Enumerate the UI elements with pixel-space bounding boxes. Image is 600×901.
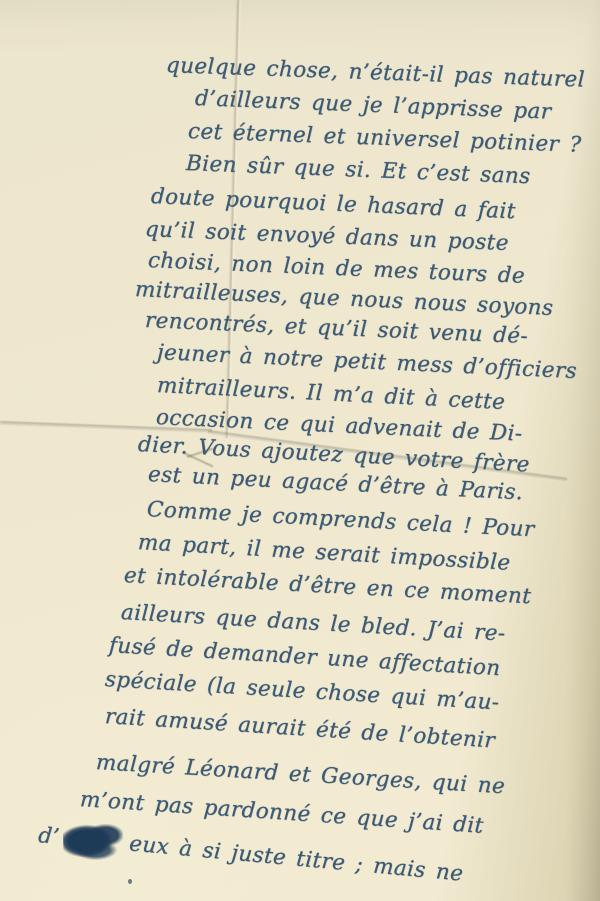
ink-speck bbox=[128, 879, 132, 884]
photo-of-handwritten-letter: quelque chose, n’était-il pas natureld’a… bbox=[0, 0, 600, 901]
ink-scribble bbox=[63, 818, 124, 862]
last-line-prefix: d’ bbox=[37, 822, 61, 852]
letter-text: quelque chose, n’était-il pas natureld’a… bbox=[0, 0, 600, 901]
